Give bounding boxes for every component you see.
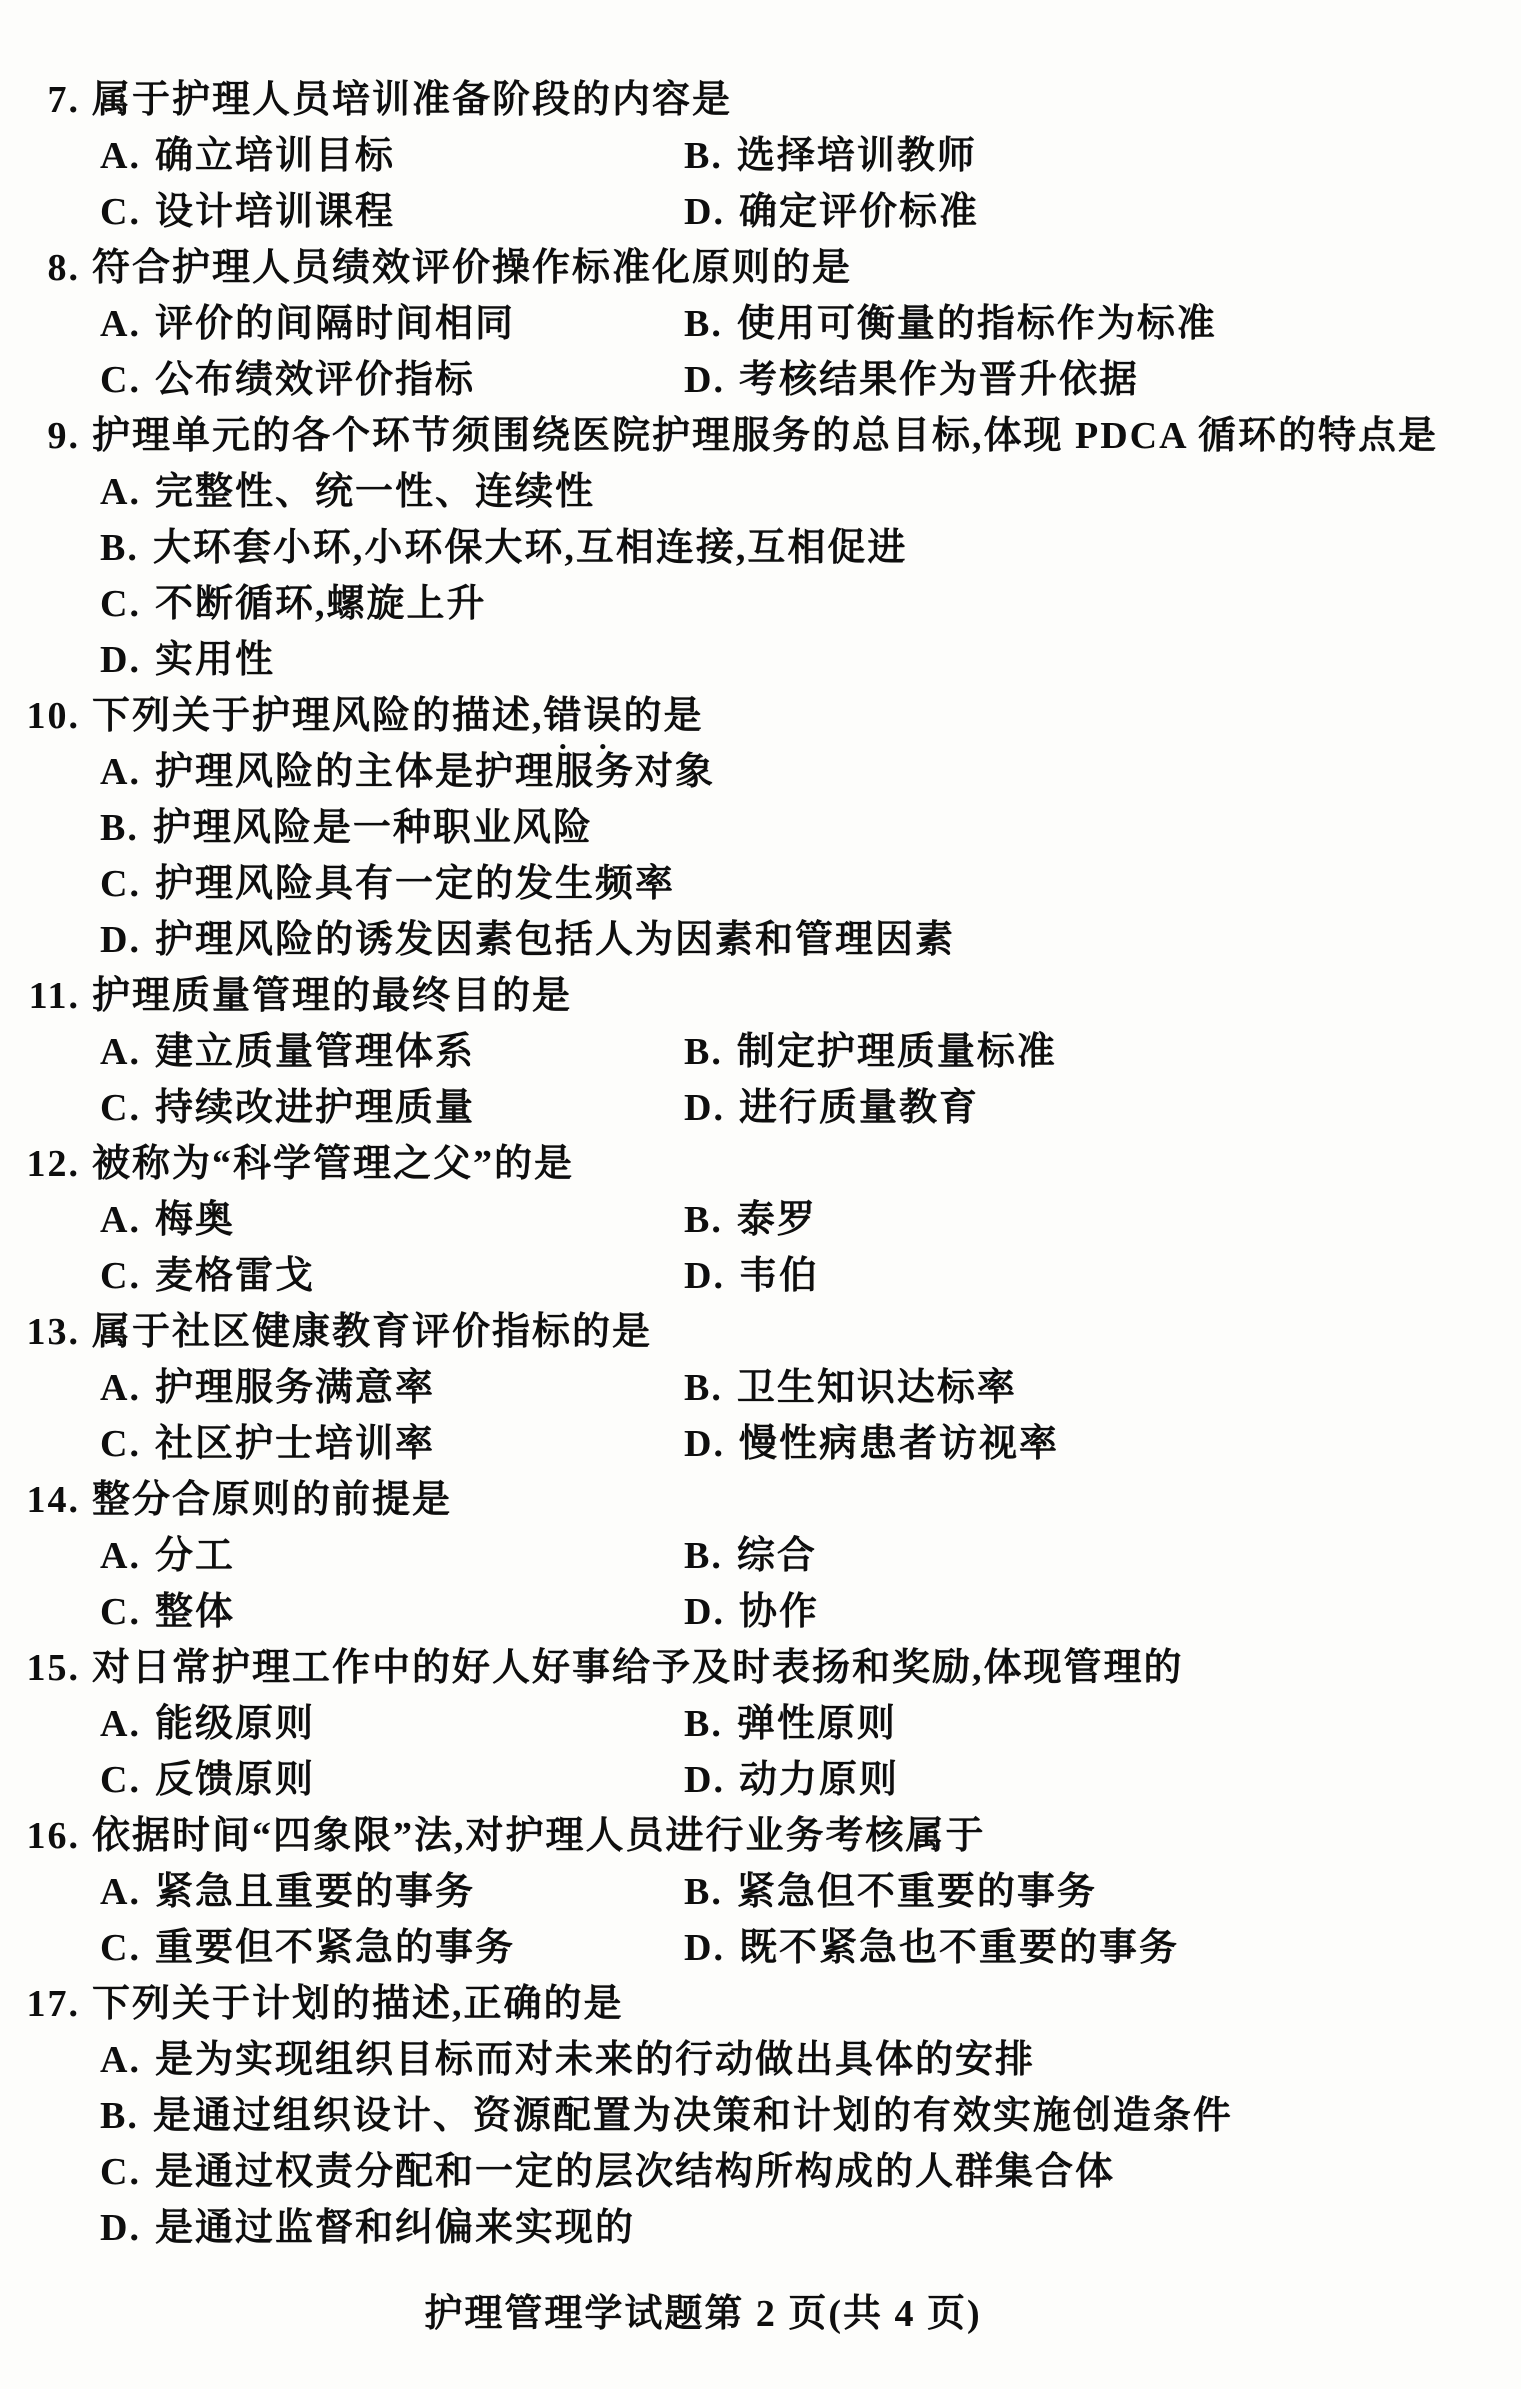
question-stem: 12. 被称为“科学管理之父”的是 — [0, 1136, 1521, 1192]
stem-pre: 符合护理人员绩效评价操作标准化原则的是 — [92, 247, 852, 289]
stem-pre: 整分合原则的前提是 — [92, 1479, 452, 1521]
option-label: C. — [100, 1927, 141, 1969]
stem-pre: 护理单元的各个环节须围绕医院护理服务的总目标,体现 PDCA 循环的特点是 — [92, 415, 1438, 457]
option-text: 持续改进护理质量 — [155, 1087, 475, 1129]
stem-pre: 下列关于计划的描述,正确的是 — [92, 1983, 624, 2025]
question-13: 13. 属于社区健康教育评价指标的是 A.护理服务满意率 B.卫生知识达标率 C… — [0, 1304, 1521, 1472]
question-stem-text: 依据时间“四象限”法,对护理人员进行业务考核属于 — [92, 1808, 986, 1864]
option-label: A. — [100, 1367, 141, 1409]
page-footer: 护理管理学试题第 2 页(共 4 页) — [0, 2286, 1521, 2342]
option-label: D. — [684, 1255, 725, 1297]
question-stem-text: 整分合原则的前提是 — [92, 1472, 452, 1528]
option-text: 设计培训课程 — [155, 191, 395, 233]
question-number: 15. — [0, 1640, 80, 1696]
option-text: 护理服务满意率 — [155, 1367, 435, 1409]
question-8: 8. 符合护理人员绩效评价操作标准化原则的是 A.评价的间隔时间相同 B.使用可… — [0, 240, 1521, 408]
question-stem-text: 护理单元的各个环节须围绕医院护理服务的总目标,体现 PDCA 循环的特点是 — [92, 408, 1438, 464]
option-text: 建立质量管理体系 — [155, 1031, 475, 1073]
option-label: A. — [100, 1703, 141, 1745]
option-text: 分工 — [155, 1535, 235, 1577]
option-text: 进行质量教育 — [739, 1087, 979, 1129]
option-label: C. — [100, 191, 141, 233]
option-a: A.梅奥 — [100, 1192, 684, 1248]
option-text: 护理风险的诱发因素包括人为因素和管理因素 — [155, 919, 955, 961]
option-b: B.综合 — [684, 1528, 1521, 1584]
stem-pre: 属于护理人员培训准备阶段的内容是 — [92, 79, 732, 121]
option-label: A. — [100, 1871, 141, 1913]
option-text: 是通过监督和纠偏来实现的 — [155, 2207, 635, 2249]
option-d: D.考核结果作为晋升依据 — [684, 352, 1521, 408]
option-b: B.弹性原则 — [684, 1696, 1521, 1752]
option-label: D. — [100, 2207, 141, 2249]
option-c: C.重要但不紧急的事务 — [100, 1920, 684, 1976]
question-number: 14. — [0, 1472, 80, 1528]
option-d: D.既不紧急也不重要的事务 — [684, 1920, 1521, 1976]
option-a: A.紧急且重要的事务 — [100, 1864, 684, 1920]
option-label: C. — [100, 583, 141, 625]
question-number: 17. — [0, 1976, 80, 2032]
options: A.能级原则 B.弹性原则 C.反馈原则 D.动力原则 — [100, 1696, 1521, 1808]
question-stem-text: 护理质量管理的最终目的是 — [92, 968, 572, 1024]
option-label: A. — [100, 2039, 141, 2081]
option-a: A.护理风险的主体是护理服务对象 — [100, 744, 1521, 800]
options: A.建立质量管理体系 B.制定护理质量标准 C.持续改进护理质量 D.进行质量教… — [100, 1024, 1521, 1136]
stem-post: 的是 — [624, 695, 704, 737]
option-label: B. — [684, 1535, 723, 1577]
option-b: B.使用可衡量的指标作为标准 — [684, 296, 1521, 352]
question-stem: 7. 属于护理人员培训准备阶段的内容是 — [0, 72, 1521, 128]
option-label: C. — [100, 2151, 141, 2193]
question-17: 17. 下列关于计划的描述,正确的是 A.是为实现组织目标而对未来的行动做出具体… — [0, 1976, 1521, 2256]
option-c: C.不断循环,螺旋上升 — [100, 576, 1521, 632]
option-text: 动力原则 — [739, 1759, 899, 1801]
stem-pre: 对日常护理工作中的好人好事给予及时表扬和奖励,体现管理的 — [92, 1647, 1184, 1689]
option-d: D.动力原则 — [684, 1752, 1521, 1808]
option-text: 社区护士培训率 — [155, 1423, 435, 1465]
stem-pre: 下列关于护理风险的描述, — [92, 695, 544, 737]
option-label: A. — [100, 1199, 141, 1241]
option-text: 完整性、统一性、连续性 — [155, 471, 595, 513]
option-label: D. — [684, 1087, 725, 1129]
options: A.完整性、统一性、连续性 B.大环套小环,小环保大环,互相连接,互相促进 C.… — [100, 464, 1521, 688]
question-14: 14. 整分合原则的前提是 A.分工 B.综合 C.整体 D.协作 — [0, 1472, 1521, 1640]
option-b: B.选择培训教师 — [684, 128, 1521, 184]
option-c: C.设计培训课程 — [100, 184, 684, 240]
question-9: 9. 护理单元的各个环节须围绕医院护理服务的总目标,体现 PDCA 循环的特点是… — [0, 408, 1521, 688]
option-c: C.整体 — [100, 1584, 684, 1640]
options: A.评价的间隔时间相同 B.使用可衡量的指标作为标准 C.公布绩效评价指标 D.… — [100, 296, 1521, 408]
question-stem: 10. 下列关于护理风险的描述,错误的是 — [0, 688, 1521, 744]
option-text: 考核结果作为晋升依据 — [739, 359, 1139, 401]
option-a: A.完整性、统一性、连续性 — [100, 464, 1521, 520]
option-label: D. — [684, 1759, 725, 1801]
option-text: 护理风险具有一定的发生频率 — [155, 863, 675, 905]
option-d: D.是通过监督和纠偏来实现的 — [100, 2200, 1521, 2256]
option-a: A.评价的间隔时间相同 — [100, 296, 684, 352]
question-stem: 14. 整分合原则的前提是 — [0, 1472, 1521, 1528]
options: A.分工 B.综合 C.整体 D.协作 — [100, 1528, 1521, 1640]
option-label: A. — [100, 1031, 141, 1073]
option-label: B. — [684, 1367, 723, 1409]
option-label: D. — [684, 359, 725, 401]
option-text: 确立培训目标 — [155, 135, 395, 177]
question-stem: 16. 依据时间“四象限”法,对护理人员进行业务考核属于 — [0, 1808, 1521, 1864]
question-stem-text: 下列关于护理风险的描述,错误的是 — [92, 688, 704, 744]
option-a: A.建立质量管理体系 — [100, 1024, 684, 1080]
option-b: B.卫生知识达标率 — [684, 1360, 1521, 1416]
option-text: 卫生知识达标率 — [737, 1367, 1017, 1409]
option-c: C.反馈原则 — [100, 1752, 684, 1808]
option-text: 确定评价标准 — [739, 191, 979, 233]
question-number: 7. — [0, 72, 80, 128]
question-12: 12. 被称为“科学管理之父”的是 A.梅奥 B.泰罗 C.麦格雷戈 D.韦伯 — [0, 1136, 1521, 1304]
option-text: 评价的间隔时间相同 — [155, 303, 515, 345]
option-text: 综合 — [737, 1535, 817, 1577]
question-stem: 13. 属于社区健康教育评价指标的是 — [0, 1304, 1521, 1360]
question-15: 15. 对日常护理工作中的好人好事给予及时表扬和奖励,体现管理的 A.能级原则 … — [0, 1640, 1521, 1808]
option-a: A.分工 — [100, 1528, 684, 1584]
option-text: 弹性原则 — [737, 1703, 897, 1745]
option-text: 是通过权责分配和一定的层次结构所构成的人群集合体 — [155, 2151, 1115, 2193]
option-label: B. — [100, 807, 139, 849]
option-a: A.护理服务满意率 — [100, 1360, 684, 1416]
option-text: 不断循环,螺旋上升 — [155, 583, 487, 625]
question-number: 8. — [0, 240, 80, 296]
question-16: 16. 依据时间“四象限”法,对护理人员进行业务考核属于 A.紧急且重要的事务 … — [0, 1808, 1521, 1976]
question-stem-text: 被称为“科学管理之父”的是 — [92, 1136, 574, 1192]
option-text: 大环套小环,小环保大环,互相连接,互相促进 — [153, 527, 908, 569]
options: A.护理服务满意率 B.卫生知识达标率 C.社区护士培训率 D.慢性病患者访视率 — [100, 1360, 1521, 1472]
question-stem: 8. 符合护理人员绩效评价操作标准化原则的是 — [0, 240, 1521, 296]
question-number: 10. — [0, 688, 80, 744]
question-number: 16. — [0, 1808, 80, 1864]
options: A.梅奥 B.泰罗 C.麦格雷戈 D.韦伯 — [100, 1192, 1521, 1304]
stem-pre: 被称为“科学管理之父”的是 — [92, 1143, 574, 1185]
option-text: 选择培训教师 — [737, 135, 977, 177]
option-label: D. — [100, 639, 141, 681]
option-text: 反馈原则 — [155, 1759, 315, 1801]
option-label: C. — [100, 359, 141, 401]
option-text: 泰罗 — [737, 1199, 817, 1241]
option-c: C.公布绩效评价指标 — [100, 352, 684, 408]
option-label: A. — [100, 751, 141, 793]
option-text: 慢性病患者访视率 — [739, 1423, 1059, 1465]
option-label: D. — [684, 1591, 725, 1633]
question-stem-text: 属于社区健康教育评价指标的是 — [92, 1304, 652, 1360]
option-label: B. — [684, 1871, 723, 1913]
option-d: D.实用性 — [100, 632, 1521, 688]
question-stem-text: 下列关于计划的描述,正确的是 — [92, 1976, 624, 2032]
option-label: C. — [100, 1759, 141, 1801]
option-text: 整体 — [155, 1591, 235, 1633]
option-label: B. — [100, 2095, 139, 2137]
stem-pre: 属于社区健康教育评价指标的是 — [92, 1311, 652, 1353]
option-label: D. — [100, 919, 141, 961]
options: A.确立培训目标 B.选择培训教师 C.设计培训课程 D.确定评价标准 — [100, 128, 1521, 240]
options: A.护理风险的主体是护理服务对象 B.护理风险是一种职业风险 C.护理风险具有一… — [100, 744, 1521, 968]
option-label: D. — [684, 1927, 725, 1969]
question-stem-text: 属于护理人员培训准备阶段的内容是 — [92, 72, 732, 128]
option-text: 能级原则 — [155, 1703, 315, 1745]
option-c: C.麦格雷戈 — [100, 1248, 684, 1304]
option-d: D.护理风险的诱发因素包括人为因素和管理因素 — [100, 912, 1521, 968]
option-text: 实用性 — [155, 639, 275, 681]
option-label: B. — [684, 1031, 723, 1073]
question-10: 10. 下列关于护理风险的描述,错误的是 A.护理风险的主体是护理服务对象 B.… — [0, 688, 1521, 968]
option-text: 韦伯 — [739, 1255, 819, 1297]
question-number: 9. — [0, 408, 80, 464]
option-a: A.是为实现组织目标而对未来的行动做出具体的安排 — [100, 2032, 1521, 2088]
option-b: B.大环套小环,小环保大环,互相连接,互相促进 — [100, 520, 1521, 576]
option-text: 重要但不紧急的事务 — [155, 1927, 515, 1969]
option-label: B. — [684, 135, 723, 177]
option-label: C. — [100, 1423, 141, 1465]
question-stem: 17. 下列关于计划的描述,正确的是 — [0, 1976, 1521, 2032]
option-label: C. — [100, 1087, 141, 1129]
question-11: 11. 护理质量管理的最终目的是 A.建立质量管理体系 B.制定护理质量标准 C… — [0, 968, 1521, 1136]
option-text: 使用可衡量的指标作为标准 — [737, 303, 1217, 345]
option-c: C.社区护士培训率 — [100, 1416, 684, 1472]
option-b: B.护理风险是一种职业风险 — [100, 800, 1521, 856]
option-text: 既不紧急也不重要的事务 — [739, 1927, 1179, 1969]
option-label: B. — [684, 303, 723, 345]
option-text: 梅奥 — [155, 1199, 235, 1241]
question-stem: 15. 对日常护理工作中的好人好事给予及时表扬和奖励,体现管理的 — [0, 1640, 1521, 1696]
option-c: C.是通过权责分配和一定的层次结构所构成的人群集合体 — [100, 2144, 1521, 2200]
option-d: D.慢性病患者访视率 — [684, 1416, 1521, 1472]
stem-pre: 依据时间“四象限”法,对护理人员进行业务考核属于 — [92, 1815, 986, 1857]
option-text: 紧急且重要的事务 — [155, 1871, 475, 1913]
option-text: 麦格雷戈 — [155, 1255, 315, 1297]
option-label: B. — [684, 1199, 723, 1241]
question-7: 7. 属于护理人员培训准备阶段的内容是 A.确立培训目标 B.选择培训教师 C.… — [0, 72, 1521, 240]
option-label: B. — [100, 527, 139, 569]
option-label: A. — [100, 135, 141, 177]
question-stem: 9. 护理单元的各个环节须围绕医院护理服务的总目标,体现 PDCA 循环的特点是 — [0, 408, 1521, 464]
option-b: B.是通过组织设计、资源配置为决策和计划的有效实施创造条件 — [100, 2088, 1521, 2144]
option-text: 紧急但不重要的事务 — [737, 1871, 1097, 1913]
option-label: D. — [684, 191, 725, 233]
option-d: D.协作 — [684, 1584, 1521, 1640]
option-label: C. — [100, 863, 141, 905]
option-b: B.制定护理质量标准 — [684, 1024, 1521, 1080]
option-text: 是为实现组织目标而对未来的行动做出具体的安排 — [155, 2039, 1035, 2081]
option-b: B.泰罗 — [684, 1192, 1521, 1248]
stem-pre: 护理质量管理的最终目的是 — [92, 975, 572, 1017]
option-c: C.护理风险具有一定的发生频率 — [100, 856, 1521, 912]
options: A.是为实现组织目标而对未来的行动做出具体的安排 B.是通过组织设计、资源配置为… — [100, 2032, 1521, 2256]
option-b: B.紧急但不重要的事务 — [684, 1864, 1521, 1920]
option-label: A. — [100, 1535, 141, 1577]
stem-emphasis: 错误 — [544, 695, 624, 737]
question-stem: 11. 护理质量管理的最终目的是 — [0, 968, 1521, 1024]
option-a: A.确立培训目标 — [100, 128, 684, 184]
option-label: C. — [100, 1255, 141, 1297]
option-label: A. — [100, 471, 141, 513]
option-label: C. — [100, 1591, 141, 1633]
option-d: D.韦伯 — [684, 1248, 1521, 1304]
question-stem-text: 对日常护理工作中的好人好事给予及时表扬和奖励,体现管理的 — [92, 1640, 1184, 1696]
option-d: D.确定评价标准 — [684, 184, 1521, 240]
question-number: 11. — [0, 968, 80, 1024]
option-text: 协作 — [739, 1591, 819, 1633]
option-text: 公布绩效评价指标 — [155, 359, 475, 401]
option-text: 护理风险的主体是护理服务对象 — [155, 751, 715, 793]
question-number: 13. — [0, 1304, 80, 1360]
option-d: D.进行质量教育 — [684, 1080, 1521, 1136]
option-label: D. — [684, 1423, 725, 1465]
exam-page-scan: 7. 属于护理人员培训准备阶段的内容是 A.确立培训目标 B.选择培训教师 C.… — [0, 0, 1521, 2389]
options: A.紧急且重要的事务 B.紧急但不重要的事务 C.重要但不紧急的事务 D.既不紧… — [100, 1864, 1521, 1976]
option-label: A. — [100, 303, 141, 345]
option-text: 护理风险是一种职业风险 — [153, 807, 593, 849]
option-a: A.能级原则 — [100, 1696, 684, 1752]
question-stem-text: 符合护理人员绩效评价操作标准化原则的是 — [92, 240, 852, 296]
option-text: 是通过组织设计、资源配置为决策和计划的有效实施创造条件 — [153, 2095, 1233, 2137]
option-c: C.持续改进护理质量 — [100, 1080, 684, 1136]
option-label: B. — [684, 1703, 723, 1745]
option-text: 制定护理质量标准 — [737, 1031, 1057, 1073]
question-number: 12. — [0, 1136, 80, 1192]
